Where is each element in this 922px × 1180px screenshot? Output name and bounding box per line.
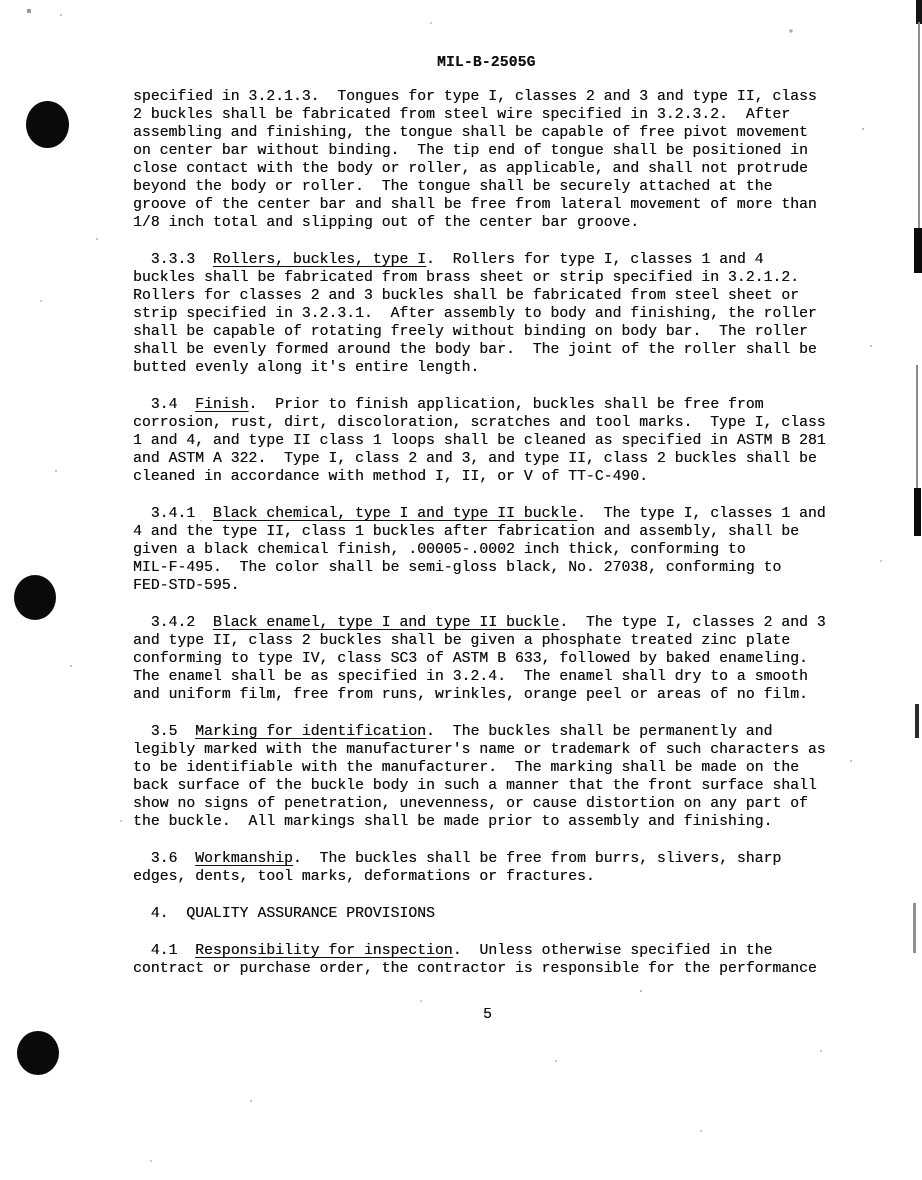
scan-noise-speckles (0, 0, 2, 2)
doc-line: shall be evenly formed around the body b… (133, 341, 855, 359)
section-heading-text: Workmanship (195, 851, 293, 867)
doc-text: and uniform film, free from runs, wrinkl… (133, 687, 808, 703)
doc-paragraph: 3.4.2 Black enamel, type I and type II b… (133, 614, 855, 704)
doc-line: MIL-F-495. The color shall be semi-gloss… (133, 559, 855, 577)
doc-text: shall be capable of rotating freely with… (133, 324, 808, 340)
doc-line: 3.6 Workmanship. The buckles shall be fr… (133, 850, 855, 868)
doc-text: 1/8 inch total and slipping out of the c… (133, 215, 639, 231)
doc-text: strip specified in 3.2.3.1. After assemb… (133, 306, 817, 322)
section-heading-text: Marking for identification (195, 724, 426, 740)
scan-edge-mark (916, 365, 918, 489)
doc-paragraph: 3.4.1 Black chemical, type I and type II… (133, 505, 855, 595)
doc-text: and ASTM A 322. Type I, class 2 and 3, a… (133, 451, 817, 467)
doc-line: and uniform film, free from runs, wrinkl… (133, 686, 855, 704)
doc-line: beyond the body or roller. The tongue sh… (133, 178, 855, 196)
doc-text: 3.5 (133, 724, 195, 740)
doc-line: back surface of the buckle body in such … (133, 777, 855, 795)
doc-text: contract or purchase order, the contract… (133, 961, 817, 977)
scan-edge-mark (916, 0, 922, 24)
doc-text: on center bar without binding. The tip e… (133, 143, 808, 159)
doc-line: 3.3.3 Rollers, buckles, type I. Rollers … (133, 251, 855, 269)
doc-text: corrosion, rust, dirt, discoloration, sc… (133, 415, 826, 431)
doc-text: 3.4 (133, 397, 195, 413)
doc-text: 4. QUALITY ASSURANCE PROVISIONS (133, 906, 435, 922)
section-heading-text: Finish (195, 397, 248, 413)
doc-text: . Rollers for type I, classes 1 and 4 (426, 252, 763, 268)
doc-text: to be identifiable with the manufacturer… (133, 760, 799, 776)
doc-text: butted evenly along it's entire length. (133, 360, 479, 376)
doc-text: groove of the center bar and shall be fr… (133, 197, 817, 213)
doc-text: given a black chemical finish, .00005-.0… (133, 542, 746, 558)
doc-line: 3.4 Finish. Prior to finish application,… (133, 396, 855, 414)
punch-hole-mark-bottom (17, 1031, 59, 1075)
doc-line: Rollers for classes 2 and 3 buckles shal… (133, 287, 855, 305)
scan-edge-mark (913, 903, 916, 953)
doc-line: the buckle. All markings shall be made p… (133, 813, 855, 831)
doc-text: Rollers for classes 2 and 3 buckles shal… (133, 288, 799, 304)
section-heading-text: Black chemical, type I and type II buckl… (213, 506, 577, 522)
doc-text: show no signs of penetration, unevenness… (133, 796, 808, 812)
doc-text: 3.4.1 (133, 506, 213, 522)
doc-line: cleaned in accordance with method I, II,… (133, 468, 855, 486)
doc-text: . The buckles shall be free from burrs, … (293, 851, 781, 867)
doc-text: 2 buckles shall be fabricated from steel… (133, 107, 790, 123)
doc-line: 2 buckles shall be fabricated from steel… (133, 106, 855, 124)
doc-line: edges, dents, tool marks, deformations o… (133, 868, 855, 886)
doc-text: 3.6 (133, 851, 195, 867)
punch-hole-mark-middle (14, 575, 56, 620)
doc-line: 1 and 4, and type II class 1 loops shall… (133, 432, 855, 450)
scan-edge-mark (915, 704, 919, 738)
doc-text: 3.4.2 (133, 615, 213, 631)
doc-text: . The buckles shall be permanently and (426, 724, 772, 740)
doc-text: conforming to type IV, class SC3 of ASTM… (133, 651, 808, 667)
doc-line: 1/8 inch total and slipping out of the c… (133, 214, 855, 232)
doc-line: and ASTM A 322. Type I, class 2 and 3, a… (133, 450, 855, 468)
doc-paragraph: specified in 3.2.1.3. Tongues for type I… (133, 88, 855, 232)
doc-line: FED-STD-595. (133, 577, 855, 595)
doc-paragraph: 3.4 Finish. Prior to finish application,… (133, 396, 855, 486)
doc-line: and type II, class 2 buckles shall be gi… (133, 632, 855, 650)
doc-text: 4.1 (133, 943, 195, 959)
section-heading-text: Black enamel, type I and type II buckle (213, 615, 559, 631)
section-heading-text: Responsibility for inspection (195, 943, 453, 959)
doc-line: show no signs of penetration, unevenness… (133, 795, 855, 813)
doc-line: buckles shall be fabricated from brass s… (133, 269, 855, 287)
doc-line: given a black chemical finish, .00005-.0… (133, 541, 855, 559)
doc-line: 4.1 Responsibility for inspection. Unles… (133, 942, 855, 960)
doc-line: contract or purchase order, the contract… (133, 960, 855, 978)
doc-paragraph: 4.1 Responsibility for inspection. Unles… (133, 942, 855, 978)
doc-text: the buckle. All markings shall be made p… (133, 814, 772, 830)
doc-text: legibly marked with the manufacturer's n… (133, 742, 826, 758)
doc-text: shall be evenly formed around the body b… (133, 342, 817, 358)
doc-text: MIL-F-495. The color shall be semi-gloss… (133, 560, 781, 576)
doc-text: and type II, class 2 buckles shall be gi… (133, 633, 790, 649)
doc-text: specified in 3.2.1.3. Tongues for type I… (133, 89, 817, 105)
document-id-header: MIL-B-2505G (437, 54, 536, 72)
doc-paragraph: 3.6 Workmanship. The buckles shall be fr… (133, 850, 855, 886)
doc-text: 4 and the type II, class 1 buckles after… (133, 524, 799, 540)
doc-text: cleaned in accordance with method I, II,… (133, 469, 648, 485)
doc-paragraph: 3.5 Marking for identification. The buck… (133, 723, 855, 831)
doc-paragraph: 4. QUALITY ASSURANCE PROVISIONS (133, 905, 855, 923)
doc-line: on center bar without binding. The tip e… (133, 142, 855, 160)
doc-line: conforming to type IV, class SC3 of ASTM… (133, 650, 855, 668)
doc-text: back surface of the buckle body in such … (133, 778, 817, 794)
scanned-document-page: MIL-B-2505G specified in 3.2.1.3. Tongue… (0, 0, 922, 1180)
doc-line: The enamel shall be as specified in 3.2.… (133, 668, 855, 686)
doc-line: legibly marked with the manufacturer's n… (133, 741, 855, 759)
doc-line: 3.5 Marking for identification. The buck… (133, 723, 855, 741)
doc-line: to be identifiable with the manufacturer… (133, 759, 855, 777)
doc-line: specified in 3.2.1.3. Tongues for type I… (133, 88, 855, 106)
doc-text: 3.3.3 (133, 252, 213, 268)
doc-line: 4. QUALITY ASSURANCE PROVISIONS (133, 905, 855, 923)
doc-text: . The type I, classes 2 and 3 (559, 615, 825, 631)
document-body: specified in 3.2.1.3. Tongues for type I… (133, 88, 855, 978)
scan-edge-mark (914, 228, 922, 273)
doc-line: shall be capable of rotating freely with… (133, 323, 855, 341)
doc-line: strip specified in 3.2.3.1. After assemb… (133, 305, 855, 323)
doc-text: beyond the body or roller. The tongue sh… (133, 179, 772, 195)
doc-line: assembling and finishing, the tongue sha… (133, 124, 855, 142)
doc-text: The enamel shall be as specified in 3.2.… (133, 669, 808, 685)
doc-line: 3.4.2 Black enamel, type I and type II b… (133, 614, 855, 632)
punch-hole-mark-top (26, 101, 69, 148)
doc-text: edges, dents, tool marks, deformations o… (133, 869, 595, 885)
scan-edge-mark (918, 22, 920, 228)
doc-line: 4 and the type II, class 1 buckles after… (133, 523, 855, 541)
doc-paragraph: 3.3.3 Rollers, buckles, type I. Rollers … (133, 251, 855, 377)
doc-text: . Unless otherwise specified in the (453, 943, 773, 959)
doc-text: 1 and 4, and type II class 1 loops shall… (133, 433, 826, 449)
doc-text: buckles shall be fabricated from brass s… (133, 270, 799, 286)
doc-line: 3.4.1 Black chemical, type I and type II… (133, 505, 855, 523)
doc-line: corrosion, rust, dirt, discoloration, sc… (133, 414, 855, 432)
doc-text: close contact with the body or roller, a… (133, 161, 808, 177)
doc-line: groove of the center bar and shall be fr… (133, 196, 855, 214)
doc-text: assembling and finishing, the tongue sha… (133, 125, 808, 141)
doc-line: close contact with the body or roller, a… (133, 160, 855, 178)
doc-text: . Prior to finish application, buckles s… (248, 397, 763, 413)
doc-text: . The type I, classes 1 and (577, 506, 826, 522)
section-heading-text: Rollers, buckles, type I (213, 252, 426, 268)
doc-text: FED-STD-595. (133, 578, 240, 594)
scan-edge-mark (914, 488, 921, 536)
doc-line: butted evenly along it's entire length. (133, 359, 855, 377)
page-number: 5 (483, 1006, 492, 1024)
